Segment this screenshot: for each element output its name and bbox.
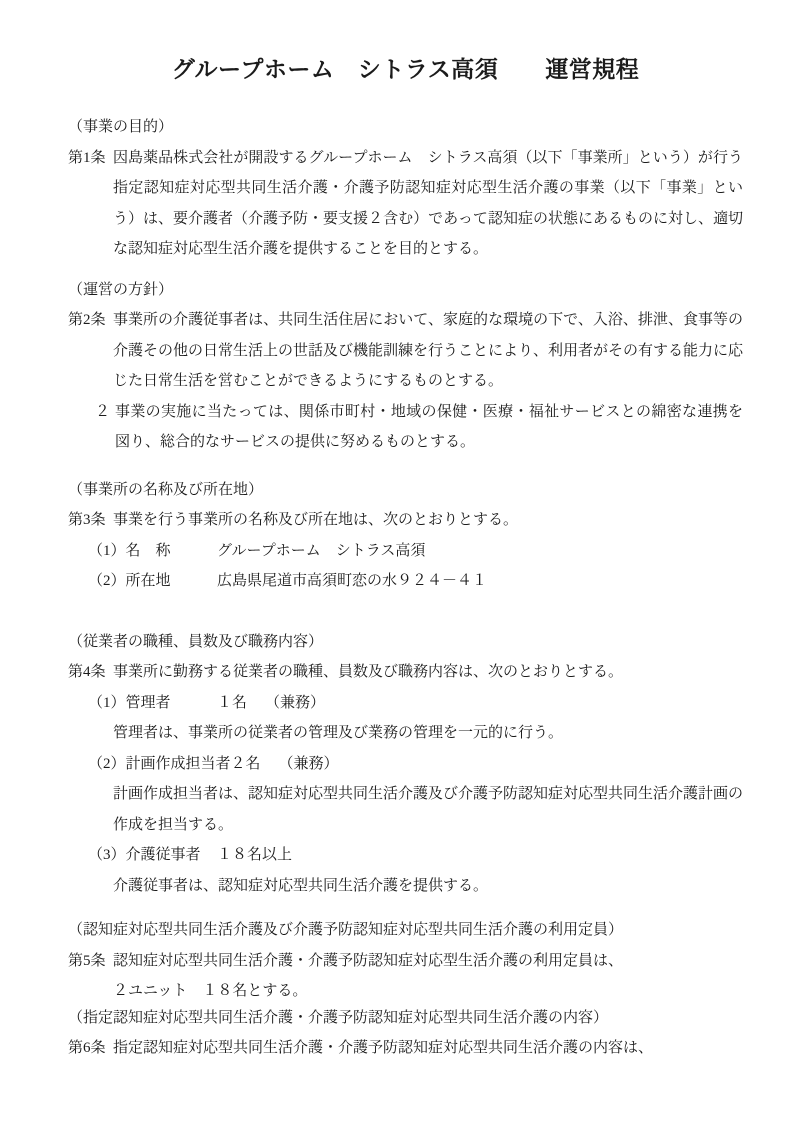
staff-caregiver-row: （3）介護従事者 １８名以上 <box>88 840 743 871</box>
facility-address-label: （2）所在地 <box>88 566 217 597</box>
article-1: 第1条 因島薬品株式会社が開設するグループホーム シトラス高須（以下「事業所」と… <box>68 143 743 265</box>
article-1-text: 因島薬品株式会社が開設するグループホーム シトラス高須（以下「事業所」という）が… <box>113 143 743 265</box>
staff-planner-label: （2）計画作成担当者 <box>88 749 231 780</box>
staff-manager-note: （兼務） <box>265 688 325 719</box>
section-business-purpose: （事業の目的） 第1条 因島薬品株式会社が開設するグループホーム シトラス高須（… <box>68 112 743 265</box>
section-operating-policy: （運営の方針） 第2条 事業所の介護従事者は、共同生活住居において、家庭的な環境… <box>68 275 743 458</box>
staff-manager-row: （1）管理者 １名 （兼務） <box>88 688 743 719</box>
article-6-text: 指定認知症対応型共同生活介護・介護予防認知症対応型共同生活介護の内容は、 <box>113 1033 743 1064</box>
article-2-paragraph-2: ２ 事業の実施に当たっては、関係市町村・地域の保健・医療・福祉サービスとの綿密な… <box>95 397 743 458</box>
facility-name-row: （1）名 称 グループホーム シトラス高須 <box>88 536 743 567</box>
staff-caregiver-description: 介護従事者は、認知症対応型共同生活介護を提供する。 <box>113 871 743 902</box>
section-name-and-location: （事業所の名称及び所在地） 第3条 事業を行う事業所の名称及び所在地は、次のとお… <box>68 475 743 597</box>
document-page: グループホーム シトラス高須 運営規程 （事業の目的） 第1条 因島薬品株式会社… <box>0 0 794 1122</box>
staff-manager-count: １名 <box>217 688 265 719</box>
article-1-label: 第1条 <box>68 143 113 174</box>
article-3-text: 事業を行う事業所の名称及び所在地は、次のとおりとする。 <box>113 505 743 536</box>
article-2-label: 第2条 <box>68 305 113 336</box>
article-4: 第4条 事業所に勤務する従業者の職種、員数及び職務内容は、次のとおりとする。 <box>68 657 743 688</box>
article-6-label: 第6条 <box>68 1033 113 1064</box>
section-heading-policy: （運営の方針） <box>68 275 743 306</box>
section-heading-name-location: （事業所の名称及び所在地） <box>68 475 743 506</box>
facility-name-value: グループホーム シトラス高須 <box>217 536 425 567</box>
article-4-text: 事業所に勤務する従業者の職種、員数及び職務内容は、次のとおりとする。 <box>113 657 743 688</box>
section-heading-capacity: （認知症対応型共同生活介護及び介護予防認知症対応型共同生活介護の利用定員） <box>68 915 743 946</box>
article-5-text-line2: ２ユニット １８名とする。 <box>113 976 743 1007</box>
section-staff: （従業者の職種、員数及び職務内容） 第4条 事業所に勤務する従業者の職種、員数及… <box>68 627 743 902</box>
staff-planner-row: （2）計画作成担当者 ２名 （兼務） <box>88 749 743 780</box>
staff-manager-label: （1）管理者 <box>88 688 217 719</box>
facility-address-value: 広島県尾道市高須町恋の水９２４－４１ <box>217 566 487 597</box>
staff-planner-note: （兼務） <box>279 749 339 780</box>
section-service-content: （指定認知症対応型共同生活介護・介護予防認知症対応型共同生活介護の内容） 第6条… <box>68 1003 743 1064</box>
section-heading-staff: （従業者の職種、員数及び職務内容） <box>68 627 743 658</box>
article-5-text-line1: 認知症対応型共同生活介護・介護予防認知症対応型生活介護の利用定員は、 <box>113 946 743 977</box>
article-5: 第5条 認知症対応型共同生活介護・介護予防認知症対応型生活介護の利用定員は、 ２… <box>68 946 743 1007</box>
article-2-paragraph-2-number: ２ <box>95 397 115 458</box>
section-capacity: （認知症対応型共同生活介護及び介護予防認知症対応型共同生活介護の利用定員） 第5… <box>68 915 743 1007</box>
section-heading-service-content: （指定認知症対応型共同生活介護・介護予防認知症対応型共同生活介護の内容） <box>68 1003 743 1034</box>
staff-planner-description: 計画作成担当者は、認知症対応型共同生活介護及び介護予防認知症対応型共同生活介護計… <box>113 779 743 840</box>
article-3: 第3条 事業を行う事業所の名称及び所在地は、次のとおりとする。 <box>68 505 743 536</box>
article-2-text: 事業所の介護従事者は、共同生活住居において、家庭的な環境の下で、入浴、排泄、食事… <box>113 305 743 397</box>
staff-manager-description: 管理者は、事業所の従業者の管理及び業務の管理を一元的に行う。 <box>113 718 743 749</box>
article-4-label: 第4条 <box>68 657 113 688</box>
staff-caregiver-count: １８名以上 <box>217 840 292 871</box>
staff-planner-count: ２名 <box>231 749 279 780</box>
staff-caregiver-label: （3）介護従事者 <box>88 840 217 871</box>
article-2-paragraph-2-text: 事業の実施に当たっては、関係市町村・地域の保健・医療・福祉サービスとの綿密な連携… <box>115 397 743 458</box>
facility-name-label: （1）名 称 <box>88 536 217 567</box>
facility-address-row: （2）所在地 広島県尾道市高須町恋の水９２４－４１ <box>88 566 743 597</box>
article-2: 第2条 事業所の介護従事者は、共同生活住居において、家庭的な環境の下で、入浴、排… <box>68 305 743 397</box>
article-6: 第6条 指定認知症対応型共同生活介護・介護予防認知症対応型共同生活介護の内容は、 <box>68 1033 743 1064</box>
document-title: グループホーム シトラス高須 運営規程 <box>68 52 743 88</box>
section-heading-purpose: （事業の目的） <box>68 112 743 143</box>
article-5-label: 第5条 <box>68 946 113 977</box>
article-3-label: 第3条 <box>68 505 113 536</box>
